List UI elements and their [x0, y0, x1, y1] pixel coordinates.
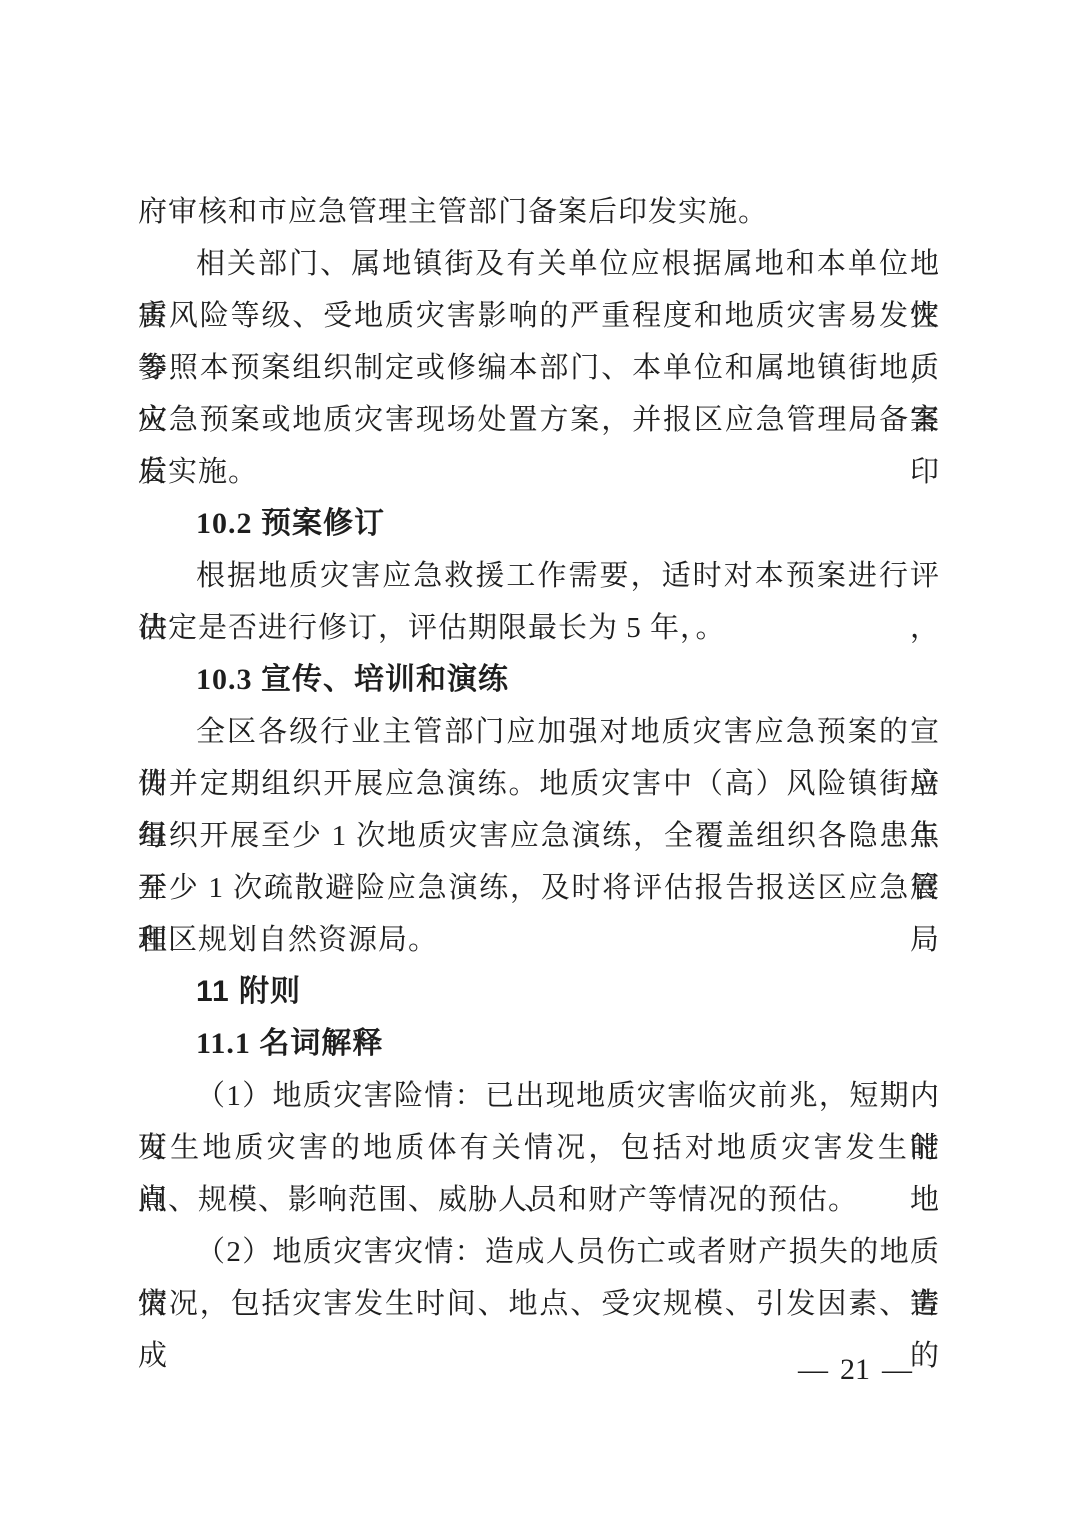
- text-line: 参照本预案组织制定或修编本部门、本单位和属地镇街地质灾害: [138, 342, 940, 394]
- document-body: 府审核和市应急管理主管部门备案后印发实施。 相关部门、属地镇街及有关单位应根据属…: [138, 186, 940, 1330]
- text-line: 组织开展至少 1 次地质灾害应急演练，全覆盖组织各隐患点开展: [138, 810, 940, 862]
- text-line: 训并定期组织开展应急演练。地质灾害中（高）风险镇街应每年: [138, 758, 940, 810]
- text-line: 害风险等级、受地质灾害影响的严重程度和地质灾害易发性等，: [138, 290, 940, 342]
- chapter-heading-11: 11 附则: [138, 966, 940, 1018]
- text-line: 发生地质灾害的地质体有关情况，包括对地质灾害发生时间、地: [138, 1122, 940, 1174]
- section-heading-10-2: 10.2 预案修订: [138, 498, 940, 550]
- document-page: 府审核和市应急管理主管部门备案后印发实施。 相关部门、属地镇街及有关单位应根据属…: [0, 0, 1074, 1520]
- text-line: 情况，包括灾害发生时间、地点、受灾规模、引发因素、造成的: [138, 1278, 940, 1330]
- text-line: 根据地质灾害应急救援工作需要，适时对本预案进行评估，: [138, 550, 940, 602]
- text-line: 点、规模、影响范围、威胁人员和财产等情况的预估。: [138, 1174, 940, 1226]
- text-line: （2）地质灾害灾情：造成人员伤亡或者财产损失的地质灾害: [138, 1226, 940, 1278]
- text-line: 至少 1 次疏散避险应急演练，及时将评估报告报送区应急管理局: [138, 862, 940, 914]
- footer-right-dash: —: [882, 1348, 912, 1392]
- page-number: 21: [840, 1348, 870, 1392]
- page-number-footer: — 21 —: [798, 1348, 912, 1392]
- text-line: 应急预案或地质灾害现场处置方案，并报区应急管理局备案后印: [138, 394, 940, 446]
- text-line: 全区各级行业主管部门应加强对地质灾害应急预案的宣传培: [138, 706, 940, 758]
- text-line: 府审核和市应急管理主管部门备案后印发实施。: [138, 186, 940, 238]
- text-line: 相关部门、属地镇街及有关单位应根据属地和本单位地质灾: [138, 238, 940, 290]
- section-heading-11-1: 11.1 名词解释: [138, 1018, 940, 1070]
- footer-left-dash: —: [798, 1348, 828, 1392]
- text-line: （1）地质灾害险情：已出现地质灾害临灾前兆，短期内可能: [138, 1070, 940, 1122]
- section-heading-10-3: 10.3 宣传、培训和演练: [138, 654, 940, 706]
